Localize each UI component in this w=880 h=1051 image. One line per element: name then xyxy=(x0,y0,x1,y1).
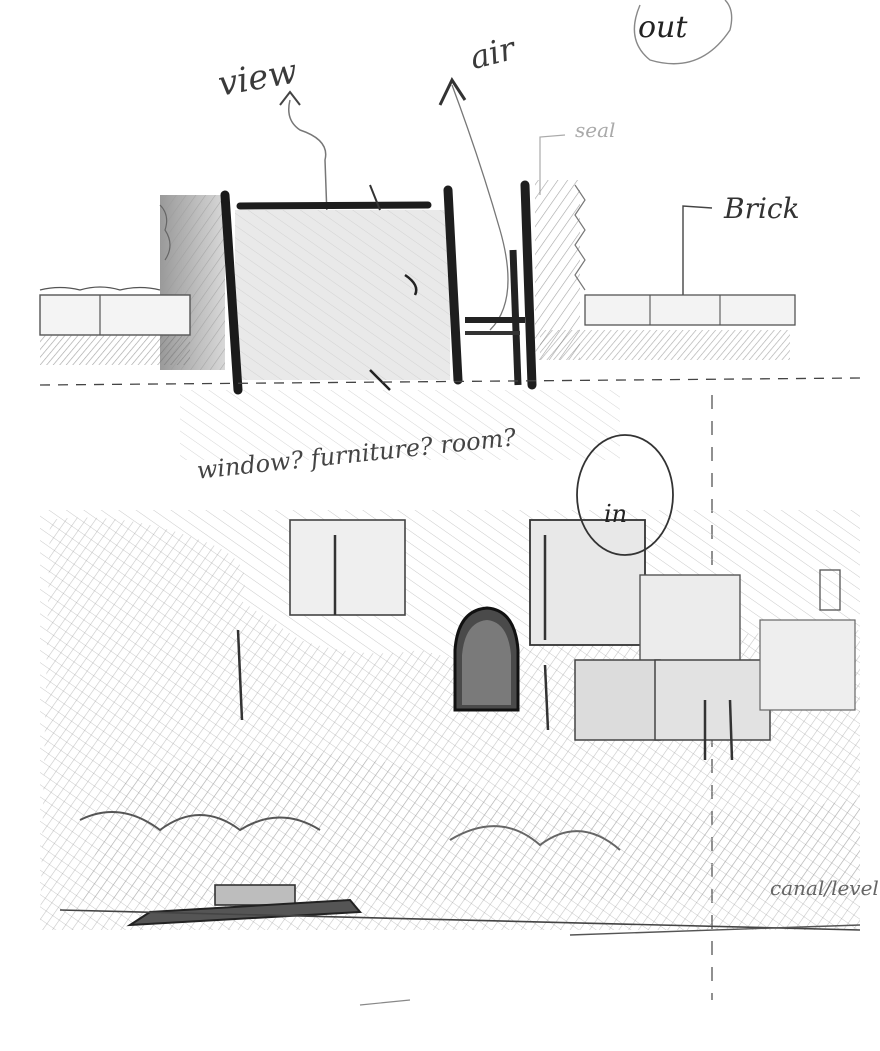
label-brick: Brick xyxy=(724,192,800,225)
village-perspective xyxy=(40,435,860,1005)
label-seal: seal xyxy=(575,118,615,142)
label-canal-level: canal/level xyxy=(770,876,879,900)
label-out: out xyxy=(638,10,687,45)
pencil-sketch xyxy=(0,0,880,1051)
label-in: in xyxy=(604,500,627,528)
